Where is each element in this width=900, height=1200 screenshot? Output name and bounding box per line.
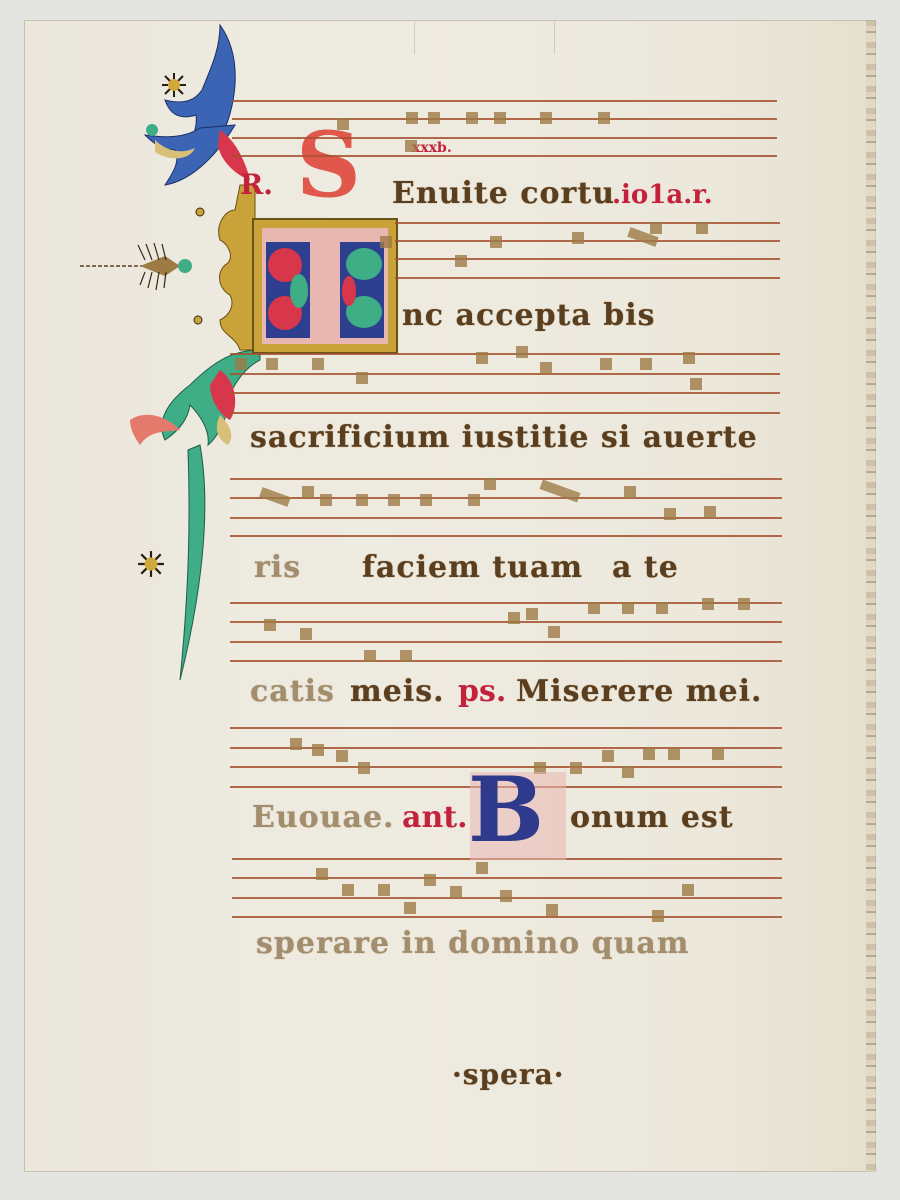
gold-star-ornament — [161, 72, 187, 102]
antiphon-rubric: ant. — [402, 800, 468, 835]
lyric-line-6a: Euouae. — [252, 800, 394, 835]
lyric-line-2: nc accepta bis — [402, 298, 656, 333]
lyric-line-6b: onum est — [570, 800, 734, 835]
psalm-rubric: ps. — [458, 674, 506, 709]
lyric-line-4b: faciem tuam — [362, 550, 583, 585]
footer-word: ·spera· — [452, 1058, 565, 1091]
red-initial-s: S — [296, 120, 361, 210]
blue-initial-b: B — [468, 762, 544, 858]
lyric-line-4a: ris — [254, 550, 301, 585]
responsory-mark: R. — [240, 168, 273, 201]
deckled-right-edge — [866, 20, 876, 1172]
lyric-line-5b: meis. — [350, 674, 445, 709]
lyric-line-7: sperare in domino quam — [256, 926, 690, 961]
lyric-line-3: sacrificium iustitie si auerte — [250, 420, 758, 455]
gold-star-ornament — [137, 550, 165, 582]
lyric-line-1: Enuite cortu — [392, 176, 615, 211]
fold-crease — [554, 20, 555, 54]
folio-marker: xxxb. — [412, 140, 452, 156]
lyric-line-5a: catis — [250, 674, 335, 709]
lyric-line-5c: Miserere mei. — [516, 674, 762, 709]
illuminated-initial-t — [252, 218, 398, 354]
fold-crease — [414, 20, 415, 54]
rubric-note: .io1a.r. — [612, 180, 713, 210]
lyric-line-4c: a te — [612, 550, 679, 585]
